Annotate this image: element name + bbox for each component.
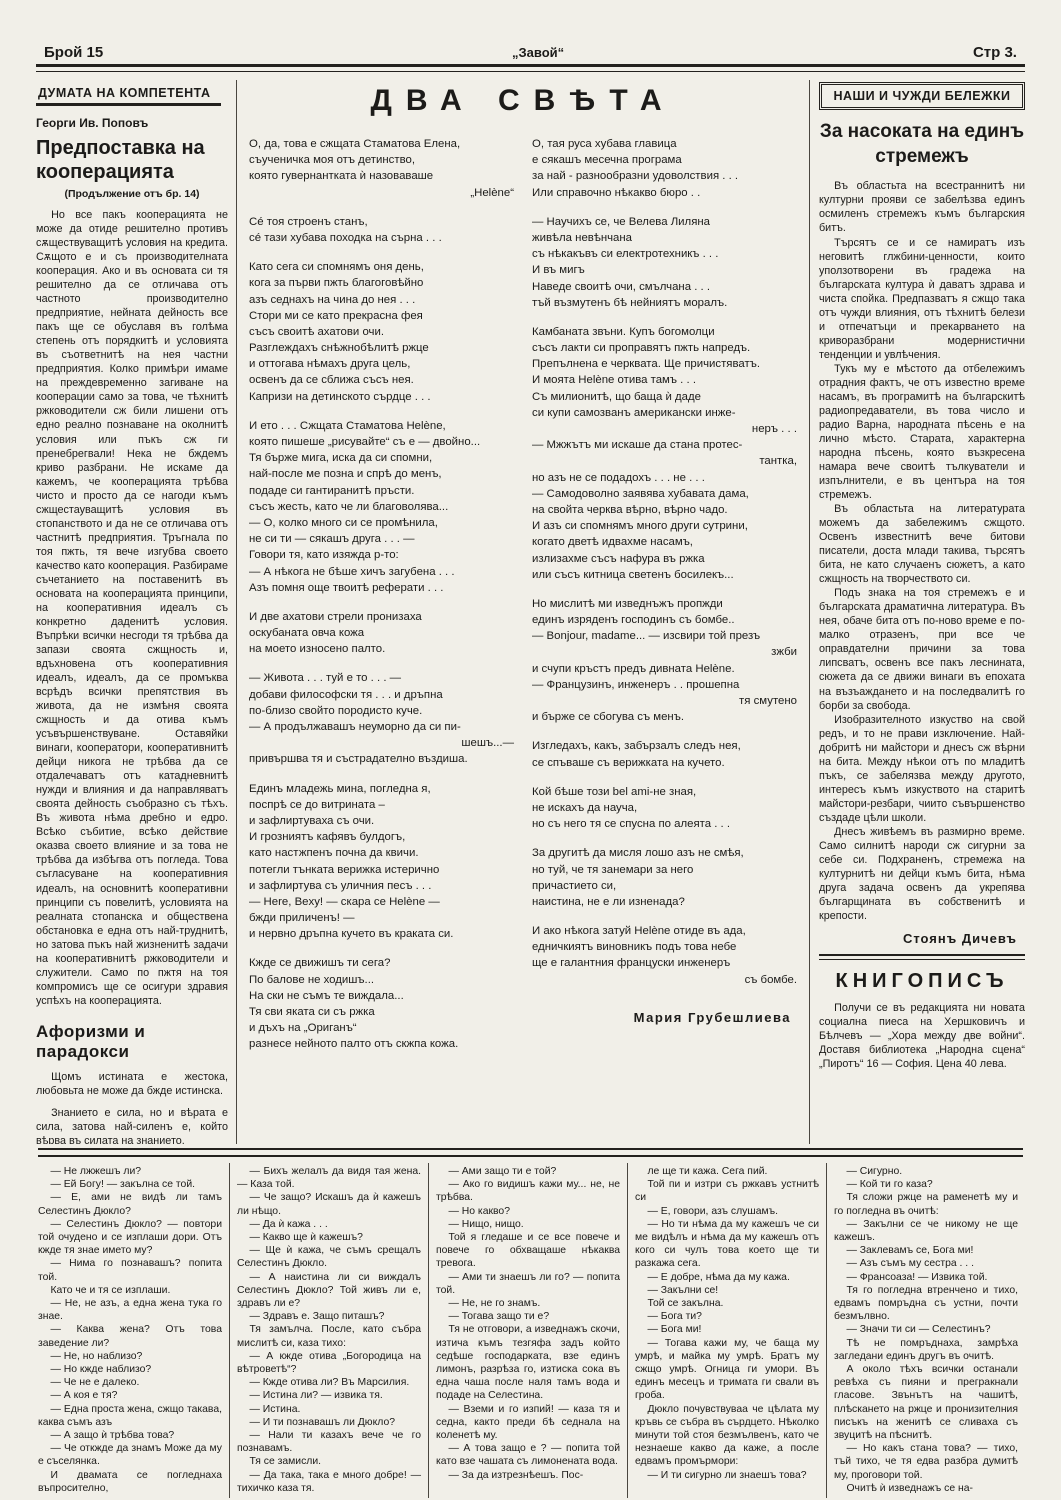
verse-line: и зафлиртуваха съ очи. — [249, 813, 514, 829]
story-paragraph: Той се закълна. — [635, 1297, 819, 1310]
verse-line: на свойта черква вѣрно, вѣрно чадо. — [532, 502, 797, 518]
story-paragraph: — И ти познавашъ ли Дюкло? — [237, 1416, 421, 1429]
verse-line: поспрѣ се до витрината – — [249, 797, 514, 813]
story-paragraph: — А наистина ли си виждалъ Селестинъ Дюк… — [237, 1271, 421, 1311]
verse-line: — Научихъ се, че Велева Лиляна — [532, 214, 797, 230]
story-paragraph: — Но кжде наблизо? — [38, 1363, 222, 1376]
verse-line: когато дветѣ идвахме насамъ, — [532, 534, 797, 550]
story-paragraph: — Истина ли? — извика тя. — [237, 1389, 421, 1402]
aphorism: Щомъ истината е жестока, любовьта не мож… — [36, 1070, 228, 1098]
bottom-separator — [38, 1148, 1023, 1157]
verse-line: като настжпенъ почна да квичи. — [249, 845, 514, 861]
left-column: ДУМАТА НА КОМПЕТЕНТА Георги Ив. Поповъ П… — [36, 80, 236, 1144]
bottom-column-1: — Не лжжешъ ли?— Ей Богу! — закълна се т… — [36, 1163, 229, 1498]
notes-article-body: Въ областьта на всестраннитѣ ни културни… — [819, 179, 1025, 923]
header-rule — [36, 64, 1025, 72]
verse-line: Азъ помня още твоитѣ реферати . . . — [249, 580, 514, 596]
verse-line: не си ти — сякашъ друга . . . — — [249, 531, 514, 547]
story-paragraph: — Че защо? Искашъ да ѝ кажешъ ли нѣщо. — [237, 1191, 421, 1217]
story-paragraph: Тѣ не помръднаха, замрѣха загледани един… — [834, 1337, 1018, 1363]
story-paragraph: — Бихъ желалъ да видя тая жена. — Каза т… — [237, 1165, 421, 1191]
verse-line: освенъ да се сближа съсъ нея. — [249, 372, 514, 388]
story-paragraph: — Че не е далеко. — [38, 1376, 222, 1389]
story-paragraph: — Закълни се че никому не ще кажешъ. — [834, 1218, 1018, 1244]
verse-line: И въ мигъ — [532, 262, 797, 278]
verse-line: О, да, това е сжщата Стаматова Елена, — [249, 136, 514, 152]
story-paragraph: И двамата се погледнаха въпросително, — [38, 1469, 222, 1495]
verse-line: „Helène“ — [249, 185, 514, 201]
main-columns: ДУМАТА НА КОМПЕТЕНТА Георги Ив. Поповъ П… — [36, 80, 1025, 1144]
story-paragraph: — Сигурно. — [834, 1165, 1018, 1178]
verse-line: Кой бѣше този bel ami-не зная, — [532, 784, 797, 800]
verse-line: И моята Helène отива тамъ . . . — [532, 372, 797, 388]
verse-line: — Живота . . . туй е то . . . — — [249, 670, 514, 686]
notes-paragraph: Въ областьта на всестраннитѣ ни културни… — [819, 179, 1025, 235]
newspaper-page: Брой 15 „Завой“ Стр 3. ДУМАТА НА КОМПЕТЕ… — [0, 0, 1061, 1500]
verse-line: но азъ не се подадохъ . . . не . . . — [532, 470, 797, 486]
story-paragraph: — Нищо, нищо. — [436, 1218, 620, 1231]
verse-line: Капризи на детинското сърдце . . . — [249, 389, 514, 405]
aphorisms-section: Афоризми и парадокси Щомъ истината е жес… — [36, 1022, 228, 1144]
story-paragraph: — Да така, така е много добре! — тихичко… — [237, 1469, 421, 1495]
story-paragraph: — Бога ти? — [635, 1310, 819, 1323]
stanza: Кой бѣше този bel ami-не зная,не искахъ … — [532, 784, 797, 833]
aphorisms-title: Афоризми и парадокси — [36, 1022, 228, 1062]
verse-line: Сé тоя строенъ станъ, — [249, 214, 514, 230]
verse-line: шешъ...— — [249, 735, 514, 751]
verse-line: съ бомбе. — [532, 972, 797, 988]
notes-paragraph: Търсятъ се и се намиратъ изъ неговитѣ гл… — [819, 236, 1025, 362]
verse-line: Изгледахъ, какъ, забързалъ следъ нея, — [532, 738, 797, 754]
bottom-column-5: — Сигурно.— Кой ти го каза?Тя сложи ржце… — [826, 1163, 1025, 1498]
stanza: Кжде се движишъ ти сега?По балове не ход… — [249, 955, 514, 1052]
biblio-title: КНИГОПИСЪ — [819, 970, 1025, 993]
verse-line: — Французинъ, инженеръ . . прошепна — [532, 677, 797, 693]
verse-line: бжди приличенъ! — — [249, 910, 514, 926]
story-paragraph: — Селестинъ Дюкло? — повтори той очудено… — [38, 1218, 222, 1258]
story-paragraph: — Една проста жена, сжщо такава, каква с… — [38, 1403, 222, 1429]
story-paragraph: — Ще ѝ кажа, че съмъ срещалъ Селестинъ Д… — [237, 1244, 421, 1270]
verse-line: За другитѣ да мисля лошо азъ не смѣя, — [532, 845, 797, 861]
masthead: „Завой“ — [512, 45, 564, 60]
stanza: О, да, това е сжщата Стаматова Елена,съу… — [249, 136, 514, 201]
stanza: — Живота . . . туй е то . . . —добави фи… — [249, 670, 514, 767]
verse-line: разнесе нейното палто отъ скжпа кожа. — [249, 1036, 514, 1052]
story-paragraph: — Вземи и го изпий! — каза тя и седна, к… — [436, 1403, 620, 1443]
story-paragraph: Той пи и изтри съ ржкавъ устнитѣ си — [635, 1178, 819, 1204]
stanza: — Научихъ се, че Велева Лилянаживѣла нев… — [532, 214, 797, 311]
story-paragraph: — Но ти нѣма да му кажешъ че си ме видѣл… — [635, 1218, 819, 1271]
verse-line: съученичка моя отъ детинство, — [249, 152, 514, 168]
story-paragraph: — Че откжде да знамъ Може да му е съселя… — [38, 1442, 222, 1468]
section-kicker: ДУМАТА НА КОМПЕТЕНТА — [36, 84, 221, 106]
verse-line: си купи самозванъ американски инже- — [532, 405, 797, 421]
story-paragraph: — Нали ти казахъ вече че го познавамъ. — [237, 1429, 421, 1455]
story-paragraph: — Какво ще ѝ кажешъ? — [237, 1231, 421, 1244]
verse-line: Тя сви яката си съ ржка — [249, 1004, 514, 1020]
verse-line: наистина, не е ли изненада? — [532, 894, 797, 910]
verse-line: оскубаната овча кожа — [249, 625, 514, 641]
story-paragraph: — Не, не го знамъ. — [436, 1297, 620, 1310]
stanza: И ако нѣкога затуй Helène отиде въ ада,е… — [532, 923, 797, 988]
stanza: Като сега си спомнямъ оня день,кога за п… — [249, 259, 514, 405]
page-number: Стр 3. — [973, 44, 1017, 61]
aphorisms-body: Щомъ истината е жестока, любовьта не мож… — [36, 1070, 228, 1144]
verse-line: по-близо свойто породисто куче. — [249, 703, 514, 719]
story-paragraph: — Ами ти знаешъ ли го? — попита той. — [436, 1271, 620, 1297]
story-paragraph: — Нима го познавашъ? попита той. — [38, 1257, 222, 1283]
stanza: За другитѣ да мисля лошо азъ не смѣя,но … — [532, 845, 797, 910]
verse-line: тантка, — [532, 453, 797, 469]
stanza: Но мислитѣ ми изведнъжъ пропждиединъ изр… — [532, 596, 797, 726]
verse-line: която пишеше „рисувайте“ съ е — двойно..… — [249, 434, 514, 450]
verse-line: Кжде се движишъ ти сега? — [249, 955, 514, 971]
story-paragraph: — Не, но наблизо? — [38, 1350, 222, 1363]
verse-line: живѣла невѣнчана — [532, 230, 797, 246]
notes-box-title: НАШИ И ЧУЖДИ БЕЛЕЖКИ — [819, 82, 1025, 110]
verse-line: Препълнена е черквата. Ще причистяватъ. — [532, 356, 797, 372]
verse-line: съсъ жесть, като че ли благоволява... — [249, 499, 514, 515]
story-paragraph: — Е, ами не видѣ ли тамъ Селестинъ Дюкло… — [38, 1191, 222, 1217]
right-column: НАШИ И ЧУЖДИ БЕЛЕЖКИ За насоката на един… — [810, 80, 1025, 1144]
verse-line: И ето . . . Сжщата Стаматова Helène, — [249, 418, 514, 434]
story-paragraph: — Азъ съмъ му сестра . . . — [834, 1257, 1018, 1270]
story-paragraph: — Не лжжешъ ли? — [38, 1165, 222, 1178]
verse-line: — Самодоволно заявява хубавата дама, — [532, 486, 797, 502]
verse-line: добави философски тя . . . и дръпна — [249, 687, 514, 703]
verse-line: съсъ лакти си проправятъ пжть напредъ. — [532, 340, 797, 356]
story-paragraph: А около тѣхъ всички останали ревѣха съ п… — [834, 1363, 1018, 1442]
verse-line: — Мжжътъ ми искаше да стана протес- — [532, 437, 797, 453]
verse-line: и счупи кръстъ предъ дивната Helène. — [532, 661, 797, 677]
verse-line: и зафлиртува съ уличния песъ . . . — [249, 878, 514, 894]
verse-line: единъ изряденъ господинъ съ бомбе.. — [532, 612, 797, 628]
verse-line: за най - разнообразни удоволствия . . . — [532, 168, 797, 184]
verse-line: — Bonjour, madame... — изсвири той презъ — [532, 628, 797, 644]
article-body: Но все пакъ кооперацията не може да отид… — [36, 208, 228, 1008]
story-paragraph: — Франсоаза! — Извика той. — [834, 1271, 1018, 1284]
verse-column-2: О, тая руса хубава главицае сякашъ месеч… — [532, 136, 797, 1066]
stanza: Камбаната звъни. Купъ богомолцисъсъ лакт… — [532, 324, 797, 583]
verse-line: И азъ си спомнямъ много други сутрини, — [532, 518, 797, 534]
story-paragraph: — Да ѝ кажа . . . — [237, 1218, 421, 1231]
story-paragraph: — А това защо е ? — попита той като взе … — [436, 1442, 620, 1468]
verse-line: кога за първи пжть благоговѣйно — [249, 275, 514, 291]
verse-line: съсъ своитѣ ахатови очи. — [249, 324, 514, 340]
story-paragraph: — За да изтрезнѣешъ. Пос- — [436, 1469, 620, 1482]
verse-line: Разглеждахъ снѣжнобѣлитѣ ржце — [249, 340, 514, 356]
story-paragraph: — Е добре, нѣма да му кажа. — [635, 1271, 819, 1284]
story-paragraph: — Но какво? — [436, 1205, 620, 1218]
story-paragraph: — Кой ти го каза? — [834, 1178, 1018, 1191]
feature-byline: Мария Грубешлиева — [532, 1010, 797, 1025]
story-paragraph: Очитѣ ѝ изведнажъ се на- — [834, 1482, 1018, 1495]
story-paragraph: — Но какъ стана това? — тихо, тъй тихо, … — [834, 1442, 1018, 1482]
story-paragraph: — Каква жена? Отъ това заведение ли? — [38, 1323, 222, 1349]
story-paragraph: — Тогава защо ти е? — [436, 1310, 620, 1323]
story-paragraph: Тя сложи ржце на раменетѣ му и го поглед… — [834, 1191, 1018, 1217]
aphorism: Знанието е сила, но и вѣрата е сила, зат… — [36, 1106, 228, 1144]
stanza: И ето . . . Сжщата Стаматова Helène,коят… — [249, 418, 514, 596]
story-paragraph: Като че и тя се изплаши. — [38, 1284, 222, 1297]
story-paragraph: — И ти сигурно ли знаешъ това? — [635, 1469, 819, 1482]
story-paragraph: — Тогава кажи му, че баща му умрѣ, и май… — [635, 1337, 819, 1403]
notes-paragraph: Днесъ живѣемъ въ размирно време. Само си… — [819, 825, 1025, 923]
story-paragraph: — А защо ѝ трѣбва това? — [38, 1429, 222, 1442]
bottom-column-4: ле ще ти кажа. Сега пий.Той пи и изтри с… — [627, 1163, 826, 1498]
verse-line: привършва тя и състрадателно въздиша. — [249, 751, 514, 767]
verse-line: Единъ младежь мина, погледна я, — [249, 781, 514, 797]
article-subtitle: (Продължение отъ бр. 14) — [36, 188, 228, 200]
stanza: О, тая руса хубава главицае сякашъ месеч… — [532, 136, 797, 201]
story-paragraph: Тя го погледна втренчено и тихо, едвамъ … — [834, 1284, 1018, 1324]
verse-line: Наведе своитѣ очи, смълчана . . . — [532, 279, 797, 295]
verse-line: — А продължавашъ неуморно да си пи- — [249, 719, 514, 735]
feature-title: ДВА СВѢТА — [249, 84, 797, 118]
stanza: Единъ младежь мина, погледна я,поспрѣ се… — [249, 781, 514, 943]
story-paragraph: Тя замълча. После, като събра мислитѣ си… — [237, 1323, 421, 1349]
verse-column-1: О, да, това е сжщата Стаматова Елена,съу… — [249, 136, 514, 1066]
verse-line: зжби — [532, 644, 797, 660]
verse-line: на моето износено палто. — [249, 641, 514, 657]
story-paragraph: ле ще ти кажа. Сега пий. — [635, 1165, 819, 1178]
story-paragraph: — Кжде отива ли? Въ Марсилия. — [237, 1376, 421, 1389]
verse-line: и бърже се сбогува съ менъ. — [532, 709, 797, 725]
verse-line: едничкиятъ виновникъ подъ това небе — [532, 939, 797, 955]
verse-line: ще е галантния француски инженеръ — [532, 955, 797, 971]
biblio-paragraph: Получи се въ редакцията ни новата социал… — [819, 1001, 1025, 1071]
verse-line: неръ . . . — [532, 421, 797, 437]
verse-line: — Here, Bexy! — скара се Helène — — [249, 894, 514, 910]
verse-line: но съ него тя се спусна по алеята . . . — [532, 816, 797, 832]
page-header: Брой 15 „Завой“ Стр 3. — [36, 44, 1025, 61]
verse-line: но туй, че тя занемари за него — [532, 862, 797, 878]
story-paragraph: Той я гледаше и се все повече и повече г… — [436, 1231, 620, 1271]
stanza: Сé тоя строенъ станъ,сé тази хубава похо… — [249, 214, 514, 246]
verse-line: най-после ме позна и спрѣ до менъ, — [249, 466, 514, 482]
story-paragraph: — Заклевамъ се, Бога ми! — [834, 1244, 1018, 1257]
article-title: Предпоставка на кооперацията — [36, 136, 228, 184]
notes-paragraph: Подъ знака на тоя стремежъ е и българска… — [819, 586, 1025, 712]
story-paragraph: — А кжде отива „Богородица на вѣтроветѣ“… — [237, 1350, 421, 1376]
story-paragraph: — Ей Богу! — закълна се той. — [38, 1178, 222, 1191]
verse-line: тя смутено — [532, 693, 797, 709]
verse-line: По балове не ходишъ... — [249, 972, 514, 988]
verse-line: е сякашъ месечна програма — [532, 152, 797, 168]
verse-line: Стори ми се като прекрасна фея — [249, 308, 514, 324]
biblio-rule — [819, 954, 1025, 960]
verse-line: се спъваше съ верижката на кучето. — [532, 755, 797, 771]
verse-line: излизахме съсъ нафура въ ржка — [532, 551, 797, 567]
verse-line: потегли тънката верижка истерично — [249, 862, 514, 878]
verse-line: О, тая руса хубава главица — [532, 136, 797, 152]
verse-columns: О, да, това е сжщата Стаматова Елена,съу… — [249, 136, 797, 1066]
notes-paragraph: Тукъ му е мѣстото да отбележимъ отрадния… — [819, 362, 1025, 502]
verse-column-2-stanzas: О, тая руса хубава главицае сякашъ месеч… — [532, 136, 797, 988]
story-paragraph: — Значи ти си — Селестинъ? — [834, 1323, 1018, 1336]
story-paragraph: — Здравъ е. Защо питашъ? — [237, 1310, 421, 1323]
story-paragraph: — Ако го видишъ кажи му... не, не трѣбва… — [436, 1178, 620, 1204]
stanza: И две ахатови стрели пронизахаоскубаната… — [249, 609, 514, 658]
story-paragraph: Дюкло почувствуваа че цѣлата му кръвь се… — [635, 1403, 819, 1469]
verse-line: На ски не съмъ те виждала... — [249, 988, 514, 1004]
verse-line: не искахъ да науча, — [532, 800, 797, 816]
article-paragraph: Но все пакъ кооперацията не може да отид… — [36, 208, 228, 1008]
verse-line: Или справочно нѣкакво бюро . . — [532, 185, 797, 201]
verse-line: тъй възмутенъ бѣ нейниятъ моралъ. — [532, 295, 797, 311]
bottom-story: — Не лжжешъ ли?— Ей Богу! — закълна се т… — [36, 1163, 1025, 1498]
verse-line: Като сега си спомнямъ оня день, — [249, 259, 514, 275]
biblio-body: Получи се въ редакцията ни новата социал… — [819, 1001, 1025, 1071]
notes-signature: Стоянъ Дичевъ — [819, 931, 1017, 946]
verse-line: — А нѣкога не бѣше хичъ загубена . . . — [249, 564, 514, 580]
verse-line: И грозниятъ кафявъ булдогъ, — [249, 829, 514, 845]
issue-number: Брой 15 — [44, 44, 103, 61]
story-paragraph: — Е, говори, азъ слушамъ. — [635, 1205, 819, 1218]
notes-paragraph: Изобразителното изкуство на свой редъ, и… — [819, 713, 1025, 825]
bottom-column-3: — Ами защо ти е той?— Ако го видишъ кажи… — [428, 1163, 627, 1498]
verse-line: която гувернантката ѝ назоваваше — [249, 168, 514, 184]
bottom-column-2: — Бихъ желалъ да видя тая жена. — Каза т… — [229, 1163, 428, 1498]
story-paragraph: — Закълни се! — [635, 1284, 819, 1297]
verse-line: съ нѣкакъвъ си електротехникъ . . . — [532, 246, 797, 262]
story-paragraph: — Не, не азъ, а една жена тука го знае. — [38, 1297, 222, 1323]
verse-line: Съ милионитѣ, що баща ѝ даде — [532, 389, 797, 405]
story-paragraph: Тя не отговори, а изведнажъ скочи, изтич… — [436, 1323, 620, 1402]
story-paragraph: Тя се замисли. — [237, 1455, 421, 1468]
story-paragraph: — Истина. — [237, 1403, 421, 1416]
verse-line: и нервно дръпна кучето въ краката си. — [249, 926, 514, 942]
notes-paragraph: Въ областьта на литературата можемъ да з… — [819, 502, 1025, 586]
article-author: Георги Ив. Поповъ — [36, 116, 228, 130]
verse-line: Камбаната звъни. Купъ богомолци — [532, 324, 797, 340]
notes-article-title: За насоката на единъ стремежъ — [819, 120, 1025, 169]
stanza: Изгледахъ, какъ, забързалъ следъ нея,се … — [532, 738, 797, 770]
verse-line: сé тази хубава походка на сърна . . . — [249, 230, 514, 246]
verse-line: азъ седнахъ на чина до нея . . . — [249, 292, 514, 308]
center-column: ДВА СВѢТА О, да, това е сжщата Стаматова… — [237, 80, 809, 1144]
story-paragraph: — Бога ми! — [635, 1323, 819, 1336]
verse-line: или съсъ китница светенъ босилекъ... — [532, 567, 797, 583]
verse-line: И ако нѣкога затуй Helène отиде въ ада, — [532, 923, 797, 939]
verse-line: Но мислитѣ ми изведнъжъ пропжди — [532, 596, 797, 612]
story-paragraph: — А коя е тя? — [38, 1389, 222, 1402]
verse-line: и дъхъ на „Ориганъ“ — [249, 1020, 514, 1036]
verse-line: Говори тя, като изяжда р-то: — [249, 547, 514, 563]
verse-line: подаде си гантиранитѣ пръсти. — [249, 483, 514, 499]
story-paragraph: — Ами защо ти е той? — [436, 1165, 620, 1178]
verse-line: причастието си, — [532, 878, 797, 894]
verse-line: — О, колко много си се промѣнила, — [249, 515, 514, 531]
verse-line: Тя бърже мига, иска да си спомни, — [249, 450, 514, 466]
verse-line: И две ахатови стрели пронизаха — [249, 609, 514, 625]
verse-line: и оттогава нѣмахъ друга цель, — [249, 356, 514, 372]
